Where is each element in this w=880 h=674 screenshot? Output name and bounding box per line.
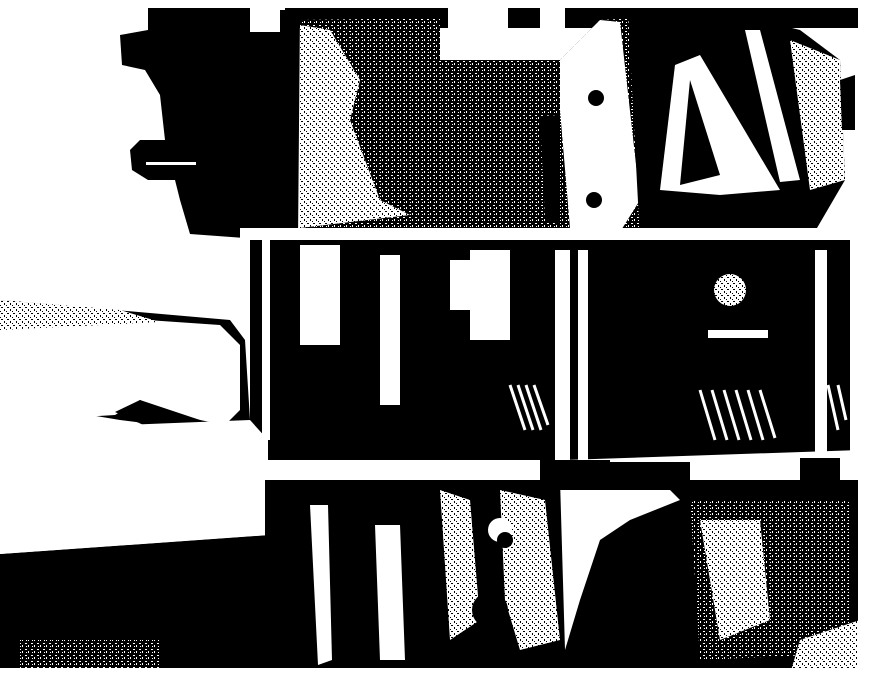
bolt-hole xyxy=(586,192,602,208)
support-rod xyxy=(578,250,588,470)
gear-section xyxy=(250,240,850,470)
right-housing xyxy=(628,12,855,240)
support-rod xyxy=(815,250,827,460)
lever-block xyxy=(610,462,690,490)
shaft xyxy=(380,255,400,405)
lever-block xyxy=(540,460,610,490)
lower-assembly xyxy=(265,458,865,674)
photograph xyxy=(0,0,880,674)
gear-hub xyxy=(714,274,746,306)
bolt-hole xyxy=(588,90,604,106)
margin xyxy=(858,0,880,674)
shaft xyxy=(262,240,270,440)
margin xyxy=(0,668,880,674)
lower-left-base xyxy=(0,420,275,674)
shaft xyxy=(300,245,340,345)
knob xyxy=(472,592,508,628)
support-rod xyxy=(555,250,570,470)
shaft xyxy=(375,525,405,660)
shaft-highlight xyxy=(146,162,196,165)
hand xyxy=(0,300,250,440)
